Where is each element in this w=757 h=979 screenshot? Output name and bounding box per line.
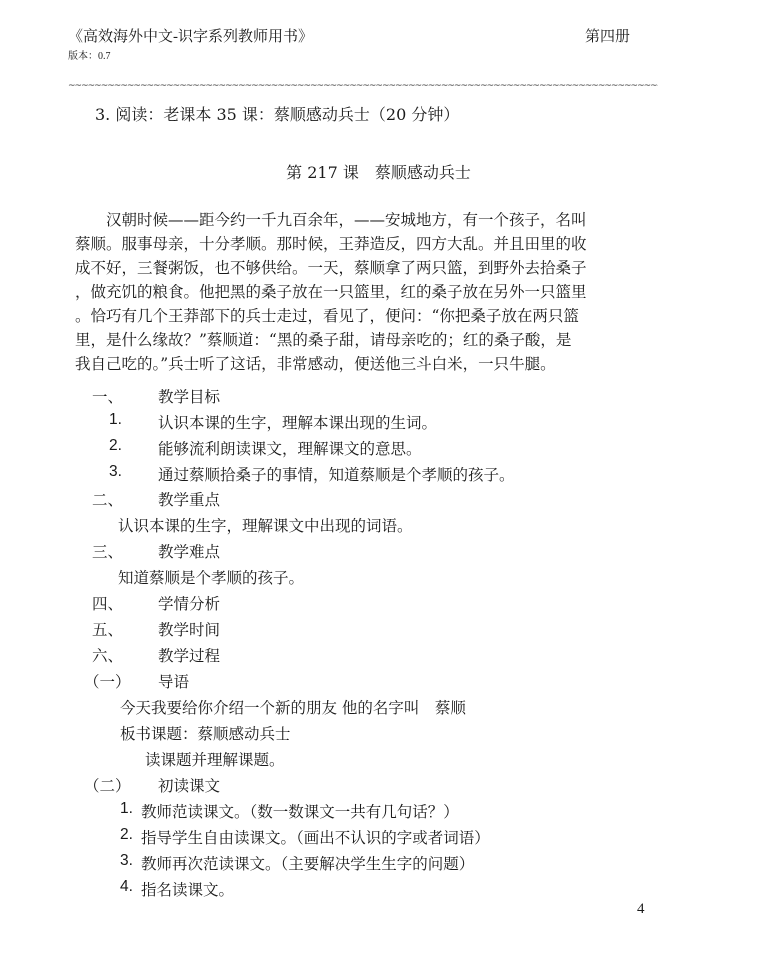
step-text: 指导学生自由读课文。（画出不认识的字或者词语）: [141, 826, 490, 848]
section-6-label: 六、: [92, 644, 123, 666]
goal-text: 通过蔡顺拾桑子的事情，知道蔡顺是个孝顺的孩子。: [158, 463, 515, 485]
paragraph-line: 我自己吃的。”兵士听了这话，非常感动，便送他三斗白米，一只牛腿。: [75, 352, 655, 376]
paragraph-line: 汉朝时候——距今约一千九百余年，——安城地方，有一个孩子，名叫: [75, 208, 655, 232]
paragraph-line: 里，是什么缘故？”蔡顺道：“黑的桑子甜，请母亲吃的；红的桑子酸，是: [75, 328, 655, 352]
volume-label: 第四册: [585, 25, 630, 46]
part-1-title: 导语: [158, 670, 189, 692]
paragraph-line: ，做充饥的粮食。他把黑的桑子放在一只篮里，红的桑子放在另外一只篮里: [75, 280, 655, 304]
goal-text: 认识本课的生字，理解本课出现的生词。: [158, 411, 437, 433]
section-3-label: 三、: [92, 540, 123, 562]
section-2-label: 二、: [92, 488, 123, 510]
board-title-line: 板书课题：蔡顺感动兵士: [120, 722, 291, 744]
read-title-line: 读课题并理解课题。: [145, 748, 285, 770]
section-4-title: 学情分析: [158, 592, 220, 614]
section-3-title: 教学难点: [158, 540, 220, 562]
book-title: 《高效海外中文-识字系列教师用书》: [68, 25, 313, 46]
section-1-label: 一、: [92, 385, 123, 407]
section-1-title: 教学目标: [158, 385, 220, 407]
paragraph-line: 。恰巧有几个王莽部下的兵士走过，看见了，便问：“你把桑子放在两只篮: [75, 304, 655, 328]
part-1-label: （一）: [84, 670, 131, 692]
goal-text: 能够流利朗读课文，理解课文的意思。: [158, 437, 422, 459]
goal-number: 3.: [109, 463, 122, 481]
version-label: 版本：0.7: [68, 47, 111, 62]
goal-number: 2.: [109, 437, 122, 455]
intro-line: 今天我要给你介绍一个新的朋友 他的名字叫 蔡顺: [120, 696, 466, 718]
step-number: 3.: [120, 852, 133, 870]
step-number: 4.: [120, 878, 133, 896]
header-separator: ~~~~~~~~~~~~~~~~~~~~~~~~~~~~~~~~~~~~~~~~…: [68, 82, 658, 90]
part-2-label: （二）: [84, 774, 131, 796]
section-2-body: 认识本课的生字，理解课文中出现的词语。: [118, 514, 413, 536]
paragraph-line: 蔡顺。服事母亲，十分孝顺。那时候，王莽造反，四方大乱。并且田里的收: [75, 232, 655, 256]
goal-number: 1.: [109, 411, 122, 429]
section-4-label: 四、: [92, 592, 123, 614]
lesson-title: 第 217 课 蔡顺感动兵士: [0, 160, 757, 183]
page-number: 4: [637, 901, 645, 918]
step-text: 教师范读课文。（数一数课文一共有几句话？）: [141, 800, 459, 822]
step-text: 教师再次范读课文。（主要解决学生生字的问题）: [141, 852, 474, 874]
section-2-title: 教学重点: [158, 488, 220, 510]
paragraph-line: 成不好，三餐粥饭，也不够供给。一天，蔡顺拿了两只篮，到野外去拾桑子: [75, 256, 655, 280]
section-reading-heading: 3. 阅读：老课本 35 课：蔡顺感动兵士（20 分钟）: [95, 102, 459, 125]
section-5-title: 教学时间: [158, 618, 220, 640]
part-2-title: 初读课文: [158, 774, 220, 796]
step-number: 2.: [120, 826, 133, 844]
step-number: 1.: [120, 800, 133, 818]
section-6-title: 教学过程: [158, 644, 220, 666]
section-3-body: 知道蔡顺是个孝顺的孩子。: [118, 566, 304, 588]
section-5-label: 五、: [92, 618, 123, 640]
lesson-paragraph: 汉朝时候——距今约一千九百余年，——安城地方，有一个孩子，名叫 蔡顺。服事母亲，…: [75, 208, 655, 376]
step-text: 指名读课文。: [141, 878, 234, 900]
